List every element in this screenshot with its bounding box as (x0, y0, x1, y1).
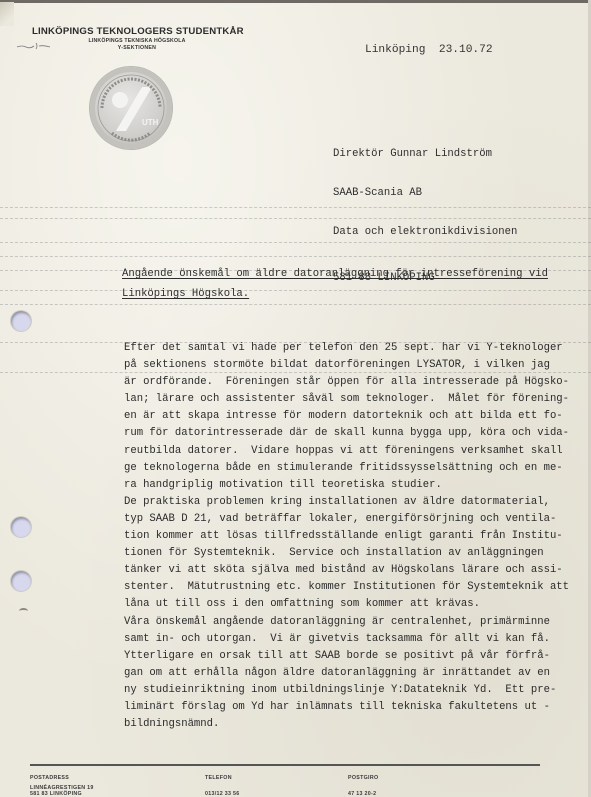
body-line: De praktiska problemen kring installatio… (124, 494, 569, 511)
body-line: ge teknologerna både en stimulerande fri… (124, 460, 569, 477)
postgiro-value: 47 13 20-2 (348, 791, 376, 797)
y-section-seal-icon: UTH (90, 67, 172, 149)
institution-name: LINKÖPINGS TEKNISKA HÖGSKOLA (32, 38, 242, 44)
paper-tear-mark (19, 608, 28, 614)
punch-hole (11, 311, 31, 331)
phone-value: 013/12 33 56 (205, 791, 240, 797)
recipient-name: Direktör Gunnar Lindström (333, 148, 517, 161)
body-line: tionen för Systemteknik. Service och ins… (124, 545, 569, 562)
letter-body: Efter det samtal vi hade per telefon den… (124, 340, 569, 733)
svg-text:UTH: UTH (142, 118, 159, 127)
body-line: är ordförande. Föreningen står öppen för… (124, 374, 569, 391)
subject-line-2: Linköpings Högskola. (122, 284, 548, 304)
punch-hole (11, 571, 31, 591)
address-line-2: 581 83 LINKÖPING (30, 791, 82, 797)
recipient-division: Data och elektronikdivisionen (333, 226, 517, 239)
body-line: ra handgriplig motivation till teoretisk… (124, 477, 569, 494)
postgiro-label: POSTGIRO (348, 775, 378, 781)
body-line: gan om att erhålla någon äldre datoranlä… (124, 665, 569, 682)
subject-line: Angående önskemål om äldre datoranläggni… (122, 264, 548, 304)
body-line: reutbilda datorer. Vidare hoppas vi att … (124, 443, 569, 460)
address-label: POSTADRESS (30, 775, 69, 781)
body-line: låna ut till oss i den omfattning som ko… (124, 596, 569, 613)
body-line: lan; lärare och assistenter såväl som te… (124, 391, 569, 408)
section-name: Y-SEKTIONEN (32, 45, 242, 51)
body-line: på sektionens stormöte bildat datorfören… (124, 357, 569, 374)
body-line: ny studieinriktning inom utbildningslinj… (124, 682, 569, 699)
paper-corner-fold (0, 2, 14, 26)
body-line: tänker vi att sköta själva med bistånd a… (124, 562, 569, 579)
letterhead: LINKÖPINGS TEKNOLOGERS STUDENTKÅR LINKÖP… (32, 26, 242, 51)
body-line: typ SAAB D 21, vad beträffar lokaler, en… (124, 511, 569, 528)
letter-date: Linköping 23.10.72 (365, 44, 493, 56)
letter-page: LINKÖPINGS TEKNOLOGERS STUDENTKÅR LINKÖP… (0, 0, 591, 797)
organization-name: LINKÖPINGS TEKNOLOGERS STUDENTKÅR (32, 26, 242, 37)
body-line: tion kommer att lösas tillfredsställande… (124, 528, 569, 545)
body-line: bildningsnämnd. (124, 716, 569, 733)
paper-top-edge (0, 0, 591, 3)
subject-line-1: Angående önskemål om äldre datoranläggni… (122, 264, 548, 284)
body-line: rum för datorintresserade där de skall k… (124, 425, 569, 442)
recipient-company: SAAB-Scania AB (333, 187, 517, 200)
punch-hole (11, 517, 31, 537)
body-line: Våra önskemål angående datoranläggning ä… (124, 614, 569, 631)
body-line: samt in- och utorgan. Vi är givetvis tac… (124, 631, 569, 648)
body-line: stenter. Mätutrustning etc. kommer Insti… (124, 579, 569, 596)
body-line: liminärt förslag om Yd har inlämnats til… (124, 699, 569, 716)
body-line: Ytterligare en orsak till att SAAB borde… (124, 648, 569, 665)
footer-divider (30, 764, 540, 766)
phone-label: TELEFON (205, 775, 232, 781)
body-line: en är att skapa intresse för modern dato… (124, 408, 569, 425)
body-line: Efter det samtal vi hade per telefon den… (124, 340, 569, 357)
handwritten-mark-icon (16, 42, 56, 50)
